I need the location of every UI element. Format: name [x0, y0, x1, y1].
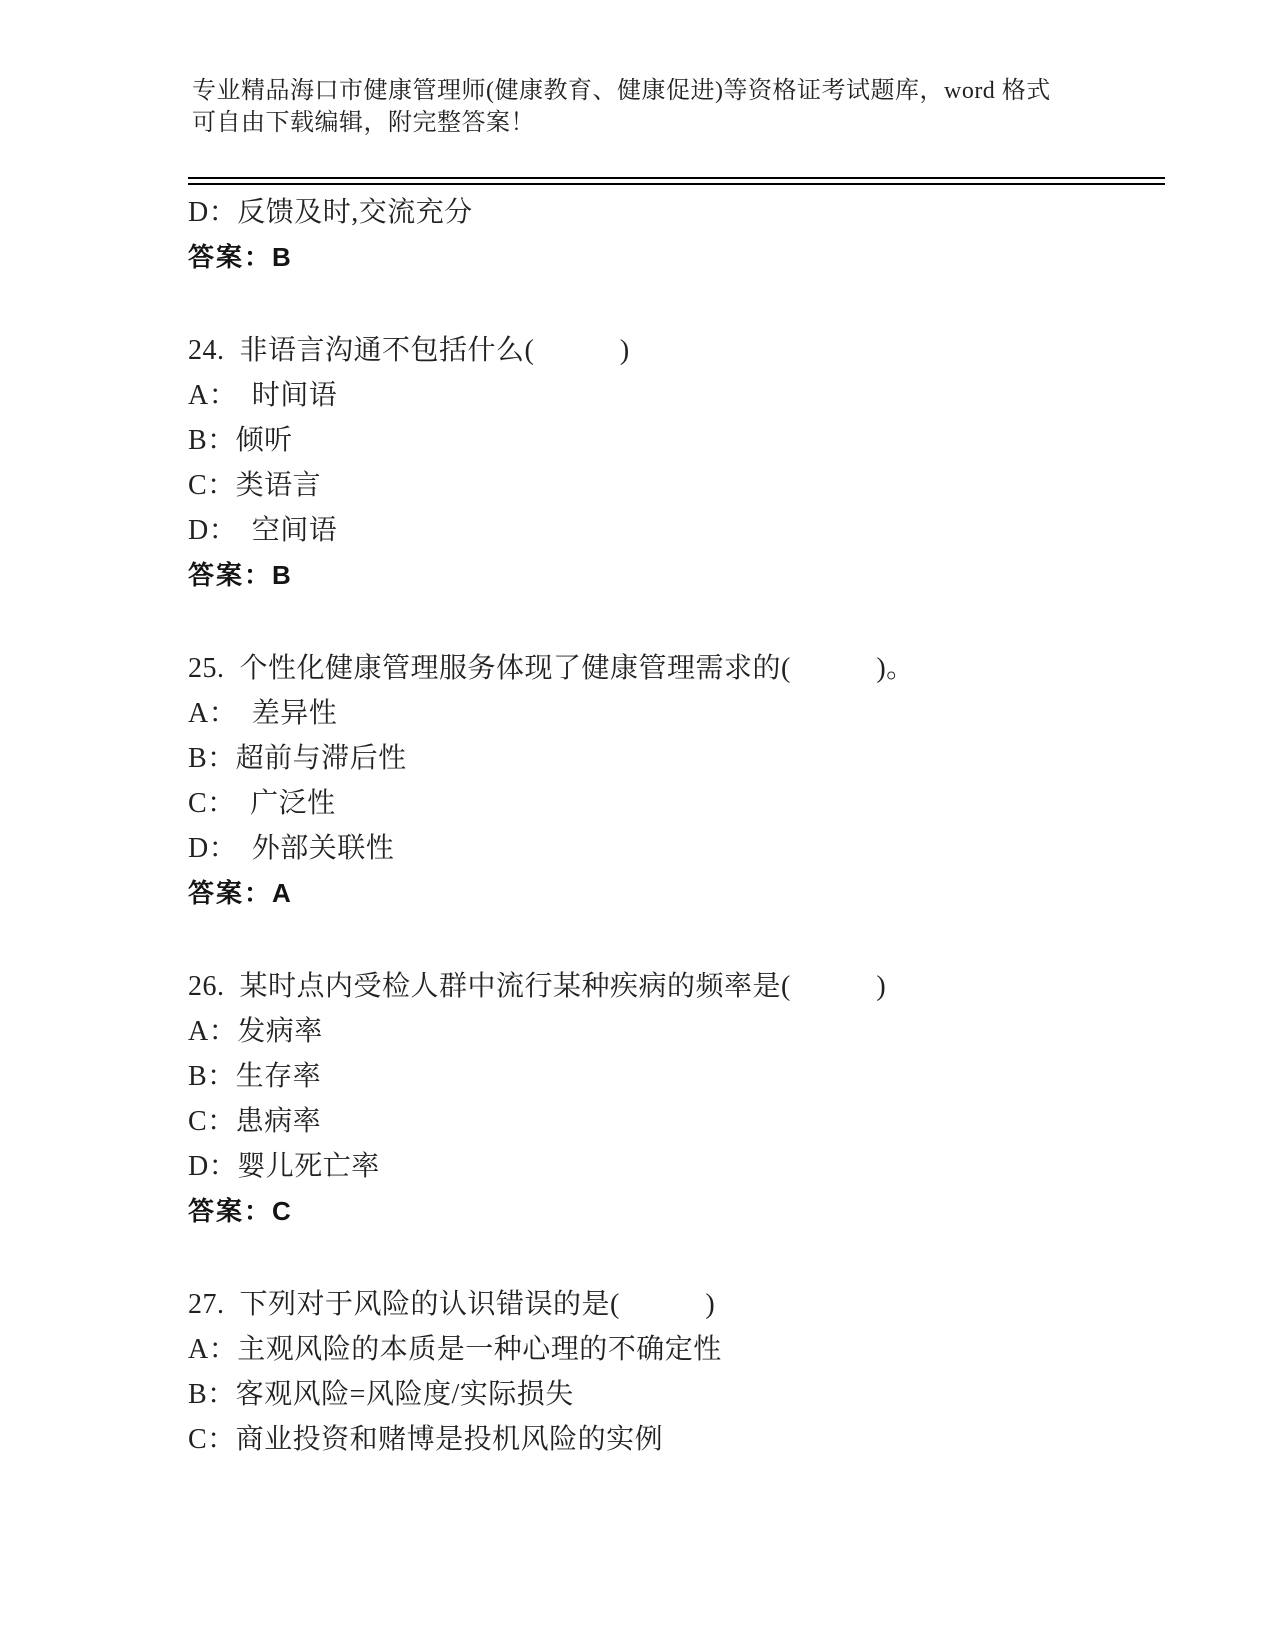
question-23-answer: 答案：B: [188, 235, 1165, 280]
doc-body: D：反馈及时,交流充分 答案：B 24. 非语言沟通不包括什么( ) A： 时间…: [188, 190, 1165, 1462]
question-25: 25. 个性化健康管理服务体现了健康管理需求的( )。 A： 差异性 B：超前与…: [188, 646, 1165, 916]
question-26-option-a: A：发病率: [188, 1009, 1165, 1054]
question-23-option-d: D：反馈及时,交流充分: [188, 190, 1165, 235]
question-24-option-d: D： 空间语: [188, 508, 1165, 553]
question-25-option-b: B：超前与滞后性: [188, 736, 1165, 781]
question-25-option-a: A： 差异性: [188, 691, 1165, 736]
question-26-title: 26. 某时点内受检人群中流行某种疾病的频率是( ): [188, 964, 1165, 1009]
question-27-option-a: A：主观风险的本质是一种心理的不确定性: [188, 1327, 1165, 1372]
question-26: 26. 某时点内受检人群中流行某种疾病的频率是( ) A：发病率 B：生存率 C…: [188, 964, 1165, 1234]
question-27-option-b: B：客观风险=风险度/实际损失: [188, 1372, 1165, 1417]
question-25-option-d: D： 外部关联性: [188, 826, 1165, 871]
doc-header: 专业精品海口市健康管理师(健康教育、健康促进)等资格证考试题库，word 格式 …: [188, 75, 1165, 139]
question-27: 27. 下列对于风险的认识错误的是( ) A：主观风险的本质是一种心理的不确定性…: [188, 1282, 1165, 1462]
question-27-title: 27. 下列对于风险的认识错误的是( ): [188, 1282, 1165, 1327]
question-24: 24. 非语言沟通不包括什么( ) A： 时间语 B：倾听 C：类语言 D： 空…: [188, 328, 1165, 598]
question-24-title: 24. 非语言沟通不包括什么( ): [188, 328, 1165, 373]
question-26-option-c: C：患病率: [188, 1099, 1165, 1144]
question-26-answer: 答案：C: [188, 1189, 1165, 1234]
question-23-partial: D：反馈及时,交流充分 答案：B: [188, 190, 1165, 280]
header-line-1: 专业精品海口市健康管理师(健康教育、健康促进)等资格证考试题库，word 格式: [192, 75, 1165, 107]
question-24-option-c: C：类语言: [188, 463, 1165, 508]
document-page: 专业精品海口市健康管理师(健康教育、健康促进)等资格证考试题库，word 格式 …: [0, 0, 1275, 1650]
question-26-option-d: D：婴儿死亡率: [188, 1144, 1165, 1189]
header-line-2: 可自由下载编辑，附完整答案！: [192, 107, 1165, 139]
question-25-answer: 答案：A: [188, 871, 1165, 916]
question-24-option-a: A： 时间语: [188, 373, 1165, 418]
question-24-option-b: B：倾听: [188, 418, 1165, 463]
question-27-option-c: C：商业投资和赌博是投机风险的实例: [188, 1417, 1165, 1462]
header-divider-line: [188, 177, 1165, 185]
question-24-answer: 答案：B: [188, 553, 1165, 598]
question-25-option-c: C： 广泛性: [188, 781, 1165, 826]
question-26-option-b: B：生存率: [188, 1054, 1165, 1099]
question-25-title: 25. 个性化健康管理服务体现了健康管理需求的( )。: [188, 646, 1165, 691]
